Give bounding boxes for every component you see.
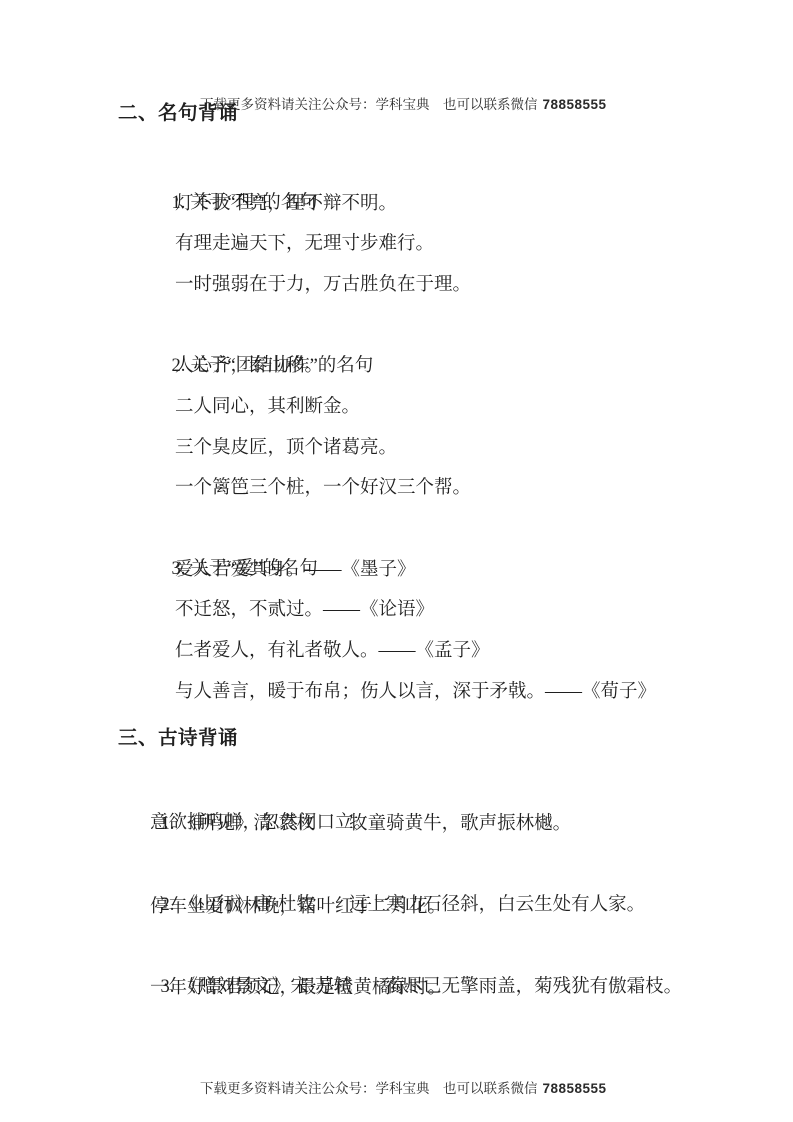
quote-line: 灯不拔不亮，理不辩不明。 <box>175 184 397 224</box>
poem-verse-2: 意欲捕鸣蝉，忽然闭口立。 <box>150 803 372 843</box>
footer-promo-text: 下载更多资料请关注公众号：学科宝典 也可以联系微信 <box>200 1081 538 1096</box>
poem-verse-2: 停车坐爱枫林晚，霜叶红于二月花。 <box>150 887 446 927</box>
poem-verse-2: 一年好景君须记，最是橙黄橘绿时。 <box>150 968 446 1008</box>
quote-line: 爱人若爱其身。——《墨子》 <box>175 550 416 590</box>
quote-line: 一时强弱在于力，万古胜负在于理。 <box>175 265 471 305</box>
page-footer: 下载更多资料请关注公众号：学科宝典 也可以联系微信78858555 <box>0 1029 793 1069</box>
quote-group-heading: 1.关于“理”的名句 <box>153 143 318 183</box>
poem-heading-line: 1.《所见》清·袁枚牧童骑黄牛，歌声振林樾。 <box>142 764 571 804</box>
poem-heading-line: 3.《赠刘景文》宋·苏轼荷尽已无擎雨盖，菊残犹有傲霜枝。 <box>142 927 682 967</box>
section-title-famous-quotes: 二、名句背诵 <box>118 94 238 134</box>
quote-line: 有理走遍天下，无理寸步难行。 <box>175 224 434 264</box>
quote-line: 不迁怒，不贰过。——《论语》 <box>175 590 434 630</box>
quote-line: 一个篱笆三个桩，一个好汉三个帮。 <box>175 468 471 508</box>
quote-line: 二人同心，其利断金。 <box>175 387 360 427</box>
page-header: 下载更多资料请关注公众号：学科宝典 也可以联系微信78858555 <box>0 45 793 85</box>
footer-wechat-number: 78858555 <box>542 1081 606 1096</box>
poem-verse-1: 牧童骑黄牛，歌声振林樾。 <box>349 814 571 834</box>
section-title-ancient-poems: 三、古诗背诵 <box>118 719 238 759</box>
header-wechat-number: 78858555 <box>542 97 606 112</box>
quote-group-heading: 3.关于“爱”的名句 <box>153 509 318 549</box>
header-promo-text: 下载更多资料请关注公众号：学科宝典 也可以联系微信 <box>200 97 538 112</box>
quote-group-heading: 2.关于“团结协作”的名句 <box>153 306 373 346</box>
quote-line: 与人善言，暖于布帛；伤人以言，深于矛戟。——《荀子》 <box>175 672 656 712</box>
document-page: 下载更多资料请关注公众号：学科宝典 也可以联系微信78858555 二、名句背诵… <box>0 0 793 1122</box>
quote-line: 人心齐，泰山移。 <box>175 346 323 386</box>
quote-line: 仁者爱人，有礼者敬人。——《孟子》 <box>175 631 490 671</box>
poem-heading-line: 2.《山行》唐·杜牧远上寒山石径斜，白云生处有人家。 <box>142 845 645 885</box>
quote-line: 三个臭皮匠，顶个诸葛亮。 <box>175 428 397 468</box>
